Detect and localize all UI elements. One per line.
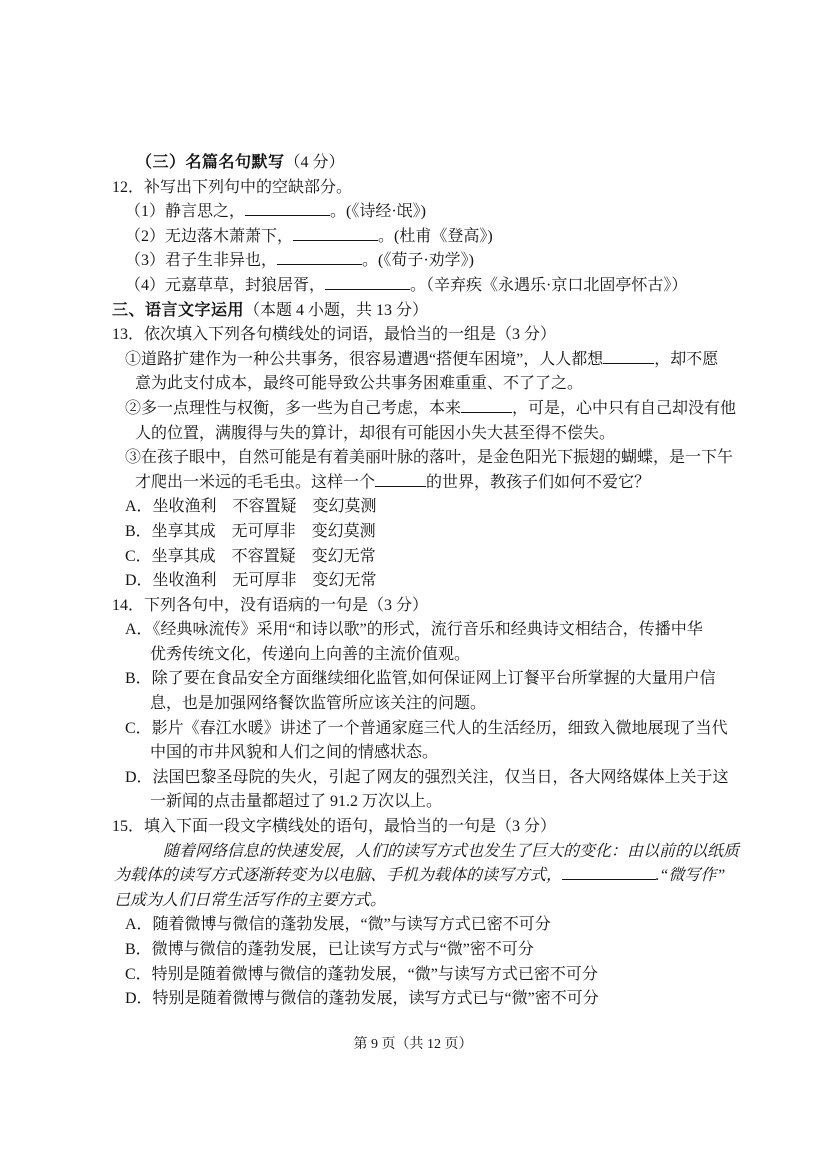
text-segment: D．特别是随着微博与微信的蓬勃发展，读写方式已与“微”密不可分 [125, 990, 599, 1007]
question-13-sentence-3b: 才爬出一米远的毛毛虫。这样一个的世界，教孩子们如何不爱它？ [135, 471, 752, 496]
answer-blank [375, 471, 426, 487]
question-14-option-d: D．法国巴黎圣母院的失火，引起了网友的强烈关注，仅当日，各大网络媒体上关于这 [125, 766, 752, 791]
question-13-sentence-3: ③在孩子眼中，自然可能是有着美丽叶脉的落叶，是金色阳光下振翅的蝴蝶，是一下午 [125, 446, 752, 471]
answer-blank [277, 249, 362, 265]
section-heading-3: （三）名篇名句默写（4 分） [136, 151, 752, 176]
question-12-item-4: （4）元嘉草草，封狼居胥，。（辛弃疾《永遇乐·京口北固亭怀古》） [125, 274, 752, 299]
question-12-item-1: （1）静言思之，。(《诗经·氓》) [125, 200, 752, 225]
text-segment: 的世界，教孩子们如何不爱它？ [426, 474, 650, 491]
question-13-sentence-2: ②多一点理性与权衡，多一些为自己考虑，本来，可是，心中只有自己却没有他 [125, 397, 752, 422]
section-heading-lang-bold: 三、语言文字运用 [112, 302, 244, 319]
question-13-sentence-2b: 人的位置，满腹得与失的算计，却很有可能因小失大甚至得不偿失。 [135, 422, 752, 447]
text-segment: 人的位置，满腹得与失的算计，却很有可能因小失大甚至得不偿失。 [135, 425, 615, 442]
text-segment: 优秀传统文化，传递向上向善的主流价值观。 [150, 646, 470, 663]
question-15-stem: 15．填入下面一段文字横线处的语句，最恰当的一句是（3 分） [112, 815, 752, 840]
text-segment: C．坐享其成 不容置疑 变幻无常 [125, 548, 376, 565]
text-segment: 已成为人们日常生活写作的主要方式。 [114, 892, 386, 909]
question-13-stem: 13．依次填入下列各句横线处的词语，最恰当的一组是（3 分） [112, 323, 752, 348]
text-segment: 为载体的读写方式逐渐转变为以电脑、手机为载体的读写方式， [114, 867, 562, 884]
text-segment: 12．补写出下列句中的空缺部分。 [112, 179, 352, 196]
answer-blank [293, 225, 378, 241]
text-segment: 息，也是加强网络餐饮监管所应该关注的问题。 [150, 695, 486, 712]
answer-blank [562, 864, 656, 880]
text-segment: C．特别是随着微博与微信的蓬勃发展，“微”与读写方式已密不可分 [125, 966, 598, 983]
text-segment: ②多一点理性与权衡，多一些为自己考虑，本来 [125, 400, 461, 417]
question-14-option-c: C．影片《春江水暖》讲述了一个普通家庭三代人的生活经历，细致入微地展现了当代 [125, 717, 752, 742]
question-15-option-c: C．特别是随着微博与微信的蓬勃发展，“微”与读写方式已密不可分 [125, 963, 752, 988]
section-heading-3-bold: （三）名篇名句默写 [136, 154, 285, 171]
text-segment: B．微博与微信的蓬勃发展，已让读写方式与“微”密不可分 [125, 941, 534, 958]
question-15-passage-2: 为载体的读写方式逐渐转变为以电脑、手机为载体的读写方式，.“微写作” [114, 864, 752, 889]
question-13-option-b: B．坐享其成 无可厚非 变幻莫测 [125, 520, 752, 545]
text-segment: D．法国巴黎圣母院的失火，引起了网友的强烈关注，仅当日，各大网络媒体上关于这 [125, 769, 729, 786]
text-segment: D．坐收渔利 无可厚非 变幻无常 [125, 572, 377, 589]
text-segment: （3）君子生非异也， [125, 252, 277, 269]
text-segment: ，可是，心中只有自己却没有他 [512, 400, 736, 417]
section-heading-lang: 三、语言文字运用（本题 4 小题，共 13 分） [112, 299, 752, 324]
question-15-passage-1: 随着网络信息的快速发展，人们的读写方式也发生了巨大的变化：由以前的以纸质 [163, 840, 752, 865]
question-13-option-c: C．坐享其成 不容置疑 变幻无常 [125, 545, 752, 570]
text-segment: （4）元嘉草草，封狼居胥， [125, 277, 325, 294]
page-footer: 第 9 页（共 12 页） [0, 1033, 826, 1053]
text-segment: （本题 4 小题，共 13 分） [244, 302, 428, 319]
text-segment: 随着网络信息的快速发展，人们的读写方式也发生了巨大的变化：由以前的以纸质 [163, 843, 739, 860]
text-segment: A．随着微博与微信的蓬勃发展，“微”与读写方式已密不可分 [125, 916, 551, 933]
question-13-sentence-1b: 意为此支付成本，最终可能导致公共事务困难重重、不了了之。 [135, 372, 752, 397]
answer-blank [245, 200, 330, 216]
question-15-passage-3: 已成为人们日常生活写作的主要方式。 [114, 889, 752, 914]
text-segment: （4 分） [285, 154, 345, 171]
question-15-option-d: D．特别是随着微博与微信的蓬勃发展，读写方式已与“微”密不可分 [125, 987, 752, 1012]
text-segment: 。（辛弃疾《永遇乐·京口北固亭怀古》） [410, 277, 687, 294]
question-13-option-d: D．坐收渔利 无可厚非 变幻无常 [125, 569, 752, 594]
text-segment: B．除了要在食品安全方面继续细化监管,如何保证网上订餐平台所掌握的大量用户信 [125, 670, 716, 687]
question-15-option-a: A．随着微博与微信的蓬勃发展，“微”与读写方式已密不可分 [125, 913, 752, 938]
question-13-sentence-1: ①道路扩建作为一种公共事务，很容易遭遇“搭便车困境”，人人都想，却不愿 [125, 348, 752, 373]
answer-blank [325, 274, 410, 290]
question-14-option-d2: 一新闻的点击量都超过了 91.2 万次以上。 [150, 790, 752, 815]
text-segment: 14．下列各句中，没有语病的一句是（3 分） [112, 597, 428, 614]
page-number: 第 9 页（共 12 页） [354, 1037, 473, 1052]
exam-page: { "page": { "footer": "第 9 页（共 12 页）" },… [0, 0, 826, 1169]
text-segment: B．坐享其成 无可厚非 变幻莫测 [125, 523, 376, 540]
text-segment: 一新闻的点击量都超过了 91.2 万次以上。 [150, 793, 442, 810]
question-15-option-b: B．微博与微信的蓬勃发展，已让读写方式与“微”密不可分 [125, 938, 752, 963]
text-segment: 才爬出一米远的毛毛虫。这样一个 [135, 474, 375, 491]
text-segment: ①道路扩建作为一种公共事务，很容易遭遇“搭便车困境”，人人都想 [125, 351, 603, 368]
text-segment: C．影片《春江水暖》讲述了一个普通家庭三代人的生活经历，细致入微地展现了当代 [125, 720, 728, 737]
text-segment: （1）静言思之， [125, 203, 245, 220]
text-segment: 13．依次填入下列各句横线处的词语，最恰当的一组是（3 分） [112, 326, 556, 343]
text-segment: .“微写作” [656, 867, 726, 884]
text-segment: 15．填入下面一段文字横线处的语句，最恰当的一句是（3 分） [112, 818, 556, 835]
text-segment: ，却不愿 [654, 351, 718, 368]
answer-blank [461, 397, 512, 413]
question-14-option-b: B．除了要在食品安全方面继续细化监管,如何保证网上订餐平台所掌握的大量用户信 [125, 667, 752, 692]
text-segment: 。(杜甫《登高》) [378, 228, 493, 245]
text-segment: （2）无边落木萧萧下， [125, 228, 293, 245]
question-14-option-b2: 息，也是加强网络餐饮监管所应该关注的问题。 [150, 692, 752, 717]
question-13-option-a: A．坐收渔利 不容置疑 变幻莫测 [125, 495, 752, 520]
text-segment: 。(《诗经·氓》) [330, 203, 426, 220]
text-segment: 意为此支付成本，最终可能导致公共事务困难重重、不了了之。 [135, 375, 583, 392]
question-14-option-a2: 优秀传统文化，传递向上向善的主流价值观。 [150, 643, 752, 668]
question-14-stem: 14．下列各句中，没有语病的一句是（3 分） [112, 594, 752, 619]
question-12-item-2: （2）无边落木萧萧下，。(杜甫《登高》) [125, 225, 752, 250]
text-segment: ③在孩子眼中，自然可能是有着美丽叶脉的落叶，是金色阳光下振翅的蝴蝶，是一下午 [125, 449, 733, 466]
answer-blank [603, 348, 654, 364]
question-14-option-c2: 中国的市井风貌和人们之间的情感状态。 [150, 741, 752, 766]
text-segment: 中国的市井风貌和人们之间的情感状态。 [150, 744, 438, 761]
question-14-option-a: A．《经典咏流传》采用“和诗以歌”的形式，流行音乐和经典诗文相结合，传播中华 [125, 618, 752, 643]
text-segment: 。(《荀子·劝学》) [362, 252, 474, 269]
question-12-item-3: （3）君子生非异也，。(《荀子·劝学》) [125, 249, 752, 274]
text-segment: A．《经典咏流传》采用“和诗以歌”的形式，流行音乐和经典诗文相结合，传播中华 [125, 621, 703, 638]
page-body: （三）名篇名句默写（4 分）12．补写出下列句中的空缺部分。（1）静言思之，。(… [112, 151, 752, 1012]
text-segment: A．坐收渔利 不容置疑 变幻莫测 [125, 498, 377, 515]
question-12-stem: 12．补写出下列句中的空缺部分。 [112, 176, 752, 201]
